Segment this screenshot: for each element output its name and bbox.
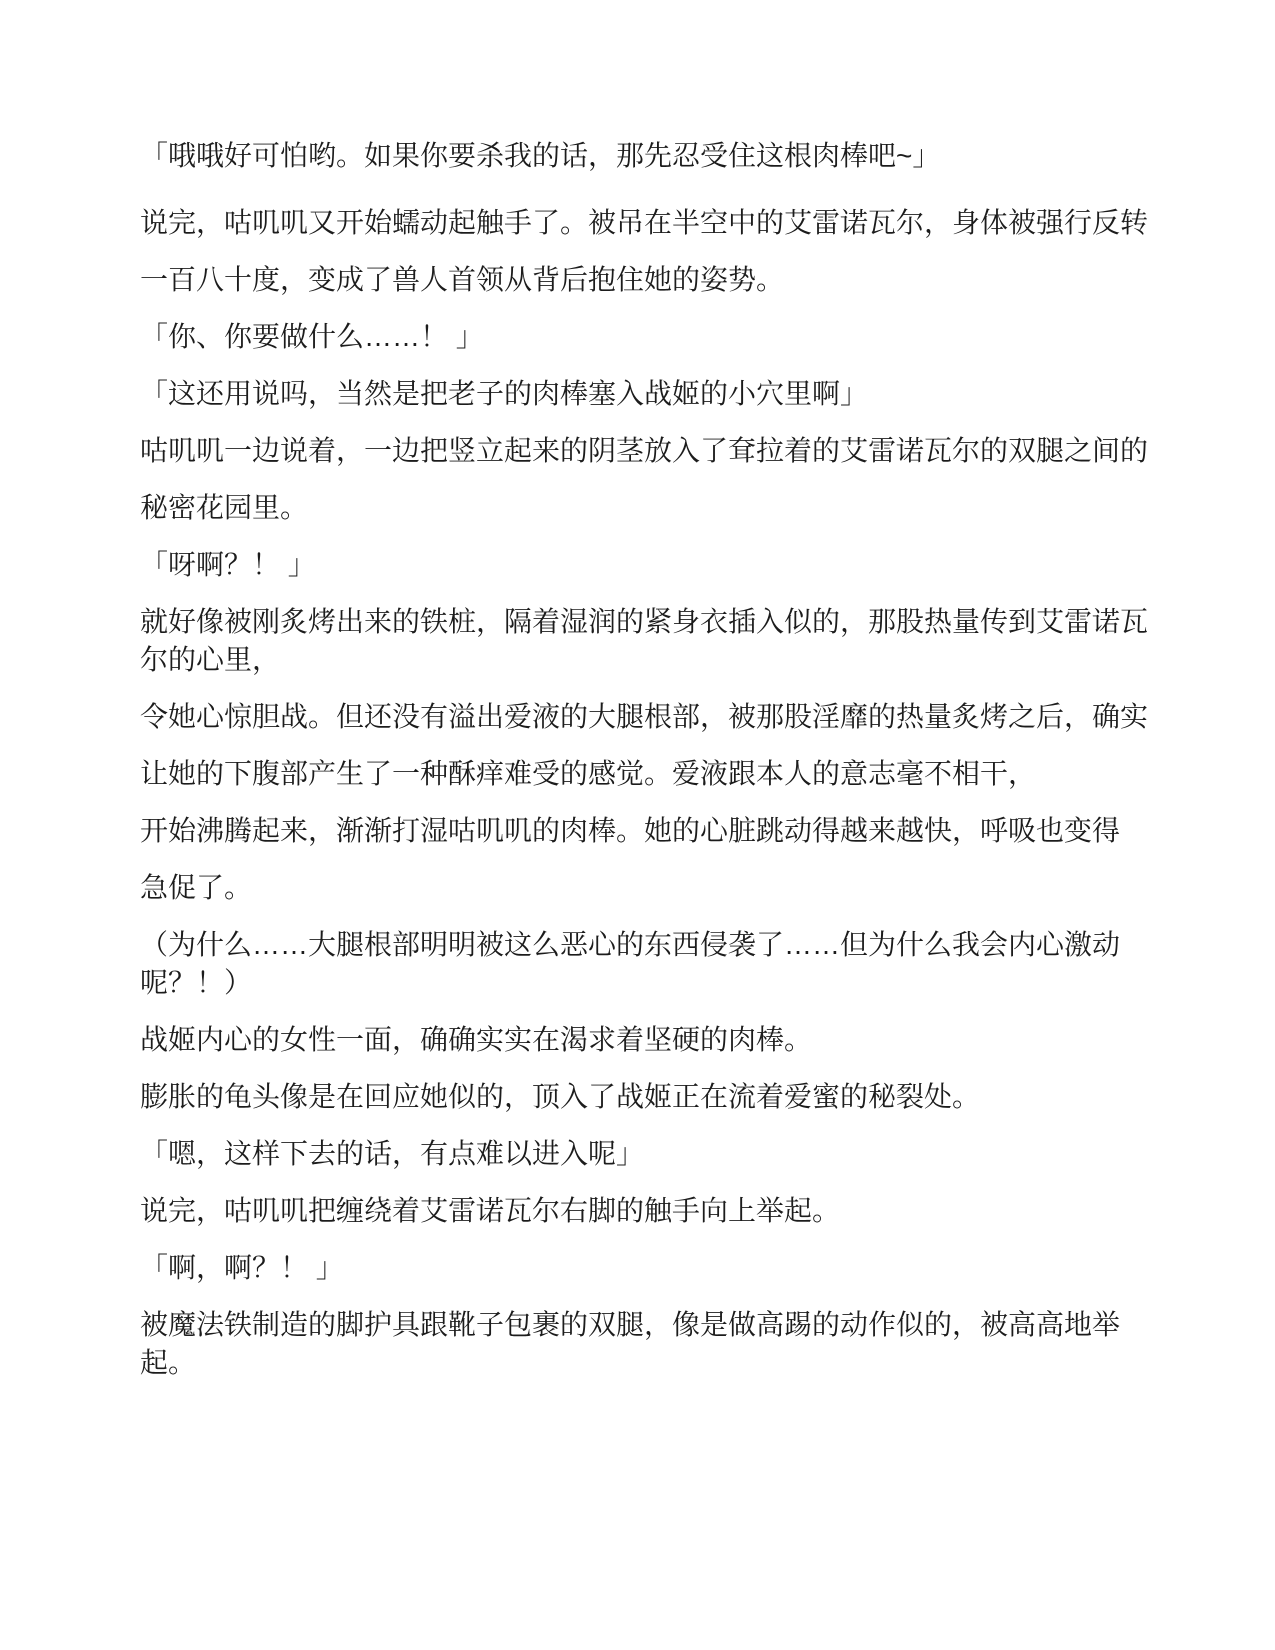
narration-paragraph: 让她的下腹部产生了一种酥痒难受的感觉。爱液跟本人的意志毫不相干， xyxy=(140,755,1155,793)
dialogue-paragraph: 「呀啊？！ 」 xyxy=(140,546,1155,584)
narration-paragraph: 膨胀的龟头像是在回应她似的，顶入了战姬正在流着爱蜜的秘裂处。 xyxy=(140,1078,1155,1116)
inner-thought-paragraph: （为什么……大腿根部明明被这么恶心的东西侵袭了……但为什么我会内心激动 呢？！） xyxy=(140,926,1155,1002)
dialogue-paragraph: 「这还用说吗，当然是把老子的肉棒塞入战姬的小穴里啊」 xyxy=(140,375,1155,413)
narration-paragraph: 急促了。 xyxy=(140,869,1155,907)
narration-paragraph: 秘密花园里。 xyxy=(140,489,1155,527)
narration-paragraph: 说完，咕叽叽把缠绕着艾雷诺瓦尔右脚的触手向上举起。 xyxy=(140,1192,1155,1230)
narration-paragraph: 令她心惊胆战。但还没有溢出爱液的大腿根部，被那股淫靡的热量炙烤之后，确实 xyxy=(140,698,1155,736)
dialogue-paragraph: 「你、你要做什么……！ 」 xyxy=(140,318,1155,356)
document-content: 「哦哦好可怕哟。如果你要杀我的话，那先忍受住这根肉棒吧~」说完，咕叽叽又开始蠕动… xyxy=(140,137,1155,1382)
dialogue-paragraph: 「哦哦好可怕哟。如果你要杀我的话，那先忍受住这根肉棒吧~」 xyxy=(140,137,1155,175)
narration-paragraph: 说完，咕叽叽又开始蠕动起触手了。被吊在半空中的艾雷诺瓦尔，身体被强行反转 xyxy=(140,204,1155,242)
narration-paragraph: 战姬内心的女性一面，确确实实在渴求着坚硬的肉棒。 xyxy=(140,1021,1155,1059)
dialogue-paragraph: 「嗯，这样下去的话，有点难以进入呢」 xyxy=(140,1135,1155,1173)
narration-paragraph: 就好像被刚炙烤出来的铁桩，隔着湿润的紧身衣插入似的，那股热量传到艾雷诺瓦 尔的心… xyxy=(140,603,1155,679)
narration-paragraph: 咕叽叽一边说着，一边把竖立起来的阴茎放入了耷拉着的艾雷诺瓦尔的双腿之间的 xyxy=(140,432,1155,470)
narration-paragraph: 开始沸腾起来，渐渐打湿咕叽叽的肉棒。她的心脏跳动得越来越快，呼吸也变得 xyxy=(140,812,1155,850)
narration-paragraph: 一百八十度，变成了兽人首领从背后抱住她的姿势。 xyxy=(140,261,1155,299)
dialogue-paragraph: 「啊，啊？！ 」 xyxy=(140,1249,1155,1287)
narration-paragraph: 被魔法铁制造的脚护具跟靴子包裹的双腿，像是做高踢的动作似的，被高高地举 起。 xyxy=(140,1306,1155,1382)
document-page: 「哦哦好可怕哟。如果你要杀我的话，那先忍受住这根肉棒吧~」说完，咕叽叽又开始蠕动… xyxy=(0,0,1275,1650)
